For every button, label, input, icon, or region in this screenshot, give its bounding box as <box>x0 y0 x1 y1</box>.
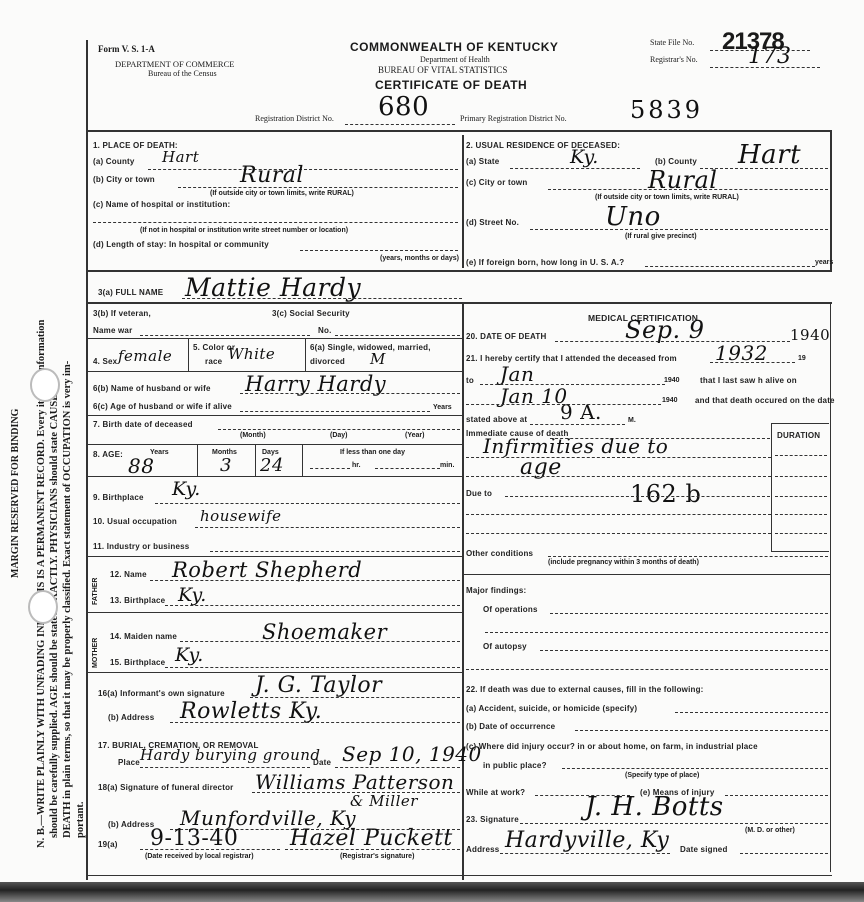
of-operations-label: Of operations <box>483 605 538 614</box>
of-autopsy-label: Of autopsy <box>483 642 527 651</box>
age-months-value: 3 <box>220 455 232 476</box>
attended-to-year: 1940 <box>664 377 680 384</box>
date-of-death-value: Sep. 9 <box>625 316 705 344</box>
residence-state-label: (a) State <box>466 157 499 166</box>
spouse-age-label: 6(c) Age of husband or wife if alive <box>93 402 232 411</box>
document-title-certificate: CERTIFICATE OF DEATH <box>375 78 527 92</box>
where-injury-label-2: in public place? <box>483 761 547 770</box>
death-county-label: (a) County <box>93 157 135 166</box>
external-causes-label: 22. If death was due to external causes,… <box>466 685 704 694</box>
length-of-stay-note: (years, months or days) <box>380 255 459 262</box>
major-findings-label: Major findings: <box>466 586 526 595</box>
marital-status-label-2: divorced <box>310 357 345 366</box>
burial-date-label: Date <box>313 758 331 767</box>
spouse-name-label: 6(b) Name of husband or wife <box>93 384 211 393</box>
primary-district-value: 5839 <box>630 96 703 124</box>
physician-signature-note: (M. D. or other) <box>745 827 795 834</box>
birthplace-value: Ky. <box>172 478 201 500</box>
death-city-label: (b) City or town <box>93 175 155 184</box>
mother-maiden-name-label: 14. Maiden name <box>110 632 177 641</box>
death-city-note: (If outside city or town limits, write R… <box>210 190 354 197</box>
registration-district-label: Registration District No. <box>255 114 334 123</box>
birth-month-label: (Month) <box>240 432 266 439</box>
death-city-value: Rural <box>240 163 304 188</box>
document-title-department: Department of Health <box>420 55 490 64</box>
sex-label: 4. Sex <box>93 357 117 366</box>
accident-label: (a) Accident, suicide, or homicide (spec… <box>466 704 637 713</box>
birthplace-label: 9. Birthplace <box>93 493 144 502</box>
department-name: DEPARTMENT OF COMMERCE <box>115 59 234 69</box>
hospital-note: (If not in hospital or institution write… <box>140 227 348 234</box>
bureau-name: Bureau of the Census <box>148 69 217 78</box>
occupation-label: 10. Usual occupation <box>93 517 177 526</box>
mother-birthplace-label: 15. Birthplace <box>110 658 165 667</box>
father-birthplace-value: Ky. <box>178 584 207 606</box>
funeral-director-label: 18(a) Signature of funeral director <box>98 783 233 792</box>
scan-bottom-edge <box>0 882 864 902</box>
age-days-value: 24 <box>260 455 284 476</box>
date-of-death-year: 1940 <box>790 326 830 344</box>
residence-street-note: (If rural give precinct) <box>625 233 697 240</box>
stated-above-value: 9 A. <box>560 400 602 424</box>
where-injury-label-1: (c) Where did injury occur? in or about … <box>466 742 758 751</box>
foreign-born-label: (e) If foreign born, how long in U. S. A… <box>466 258 624 267</box>
age-label: 8. AGE: <box>93 450 123 459</box>
birth-date-label: 7. Birth date of deceased <box>93 420 193 429</box>
physician-signature-label: 23. Signature <box>466 815 519 824</box>
burial-place-value: Hardy burying ground <box>140 746 321 764</box>
stated-above-suffix: M. <box>628 417 636 424</box>
due-to-value: 162 b <box>630 480 701 508</box>
residence-city-note: (If outside city or town limits, write R… <box>595 194 739 201</box>
funeral-director-value: Williams Patterson <box>255 770 454 794</box>
last-saw-year: 1940 <box>662 397 678 404</box>
industry-label: 11. Industry or business <box>93 542 189 551</box>
document-title-commonwealth: COMMONWEALTH OF KENTUCKY <box>350 40 558 54</box>
spouse-age-unit: Years <box>433 404 452 411</box>
full-name-label: 3(a) FULL NAME <box>98 288 163 297</box>
residence-county-label: (b) County <box>655 157 697 166</box>
foreign-born-unit: years <box>815 259 833 266</box>
duration-header: DURATION <box>777 431 820 440</box>
while-at-work-label: While at work? <box>466 788 525 797</box>
veteran-label: 3(b) If veteran, <box>93 309 151 318</box>
other-conditions-note: (include pregnancy within 3 months of de… <box>548 559 699 566</box>
funeral-director-extra: & Miller <box>350 792 418 810</box>
registrar-number-value: 173 <box>748 44 792 69</box>
residence-city-label: (c) City or town <box>466 178 527 187</box>
hours-label: hr. <box>352 462 361 469</box>
stated-above-label: stated above at <box>466 415 527 424</box>
residence-street-value: Uno <box>605 202 661 232</box>
physician-address-label: Address <box>466 845 499 854</box>
date-received-value: 9-13-40 <box>150 826 238 851</box>
informant-signature-label: 16(a) Informant's own signature <box>98 689 225 698</box>
father-name-label: 12. Name <box>110 570 147 579</box>
state-file-label: State File No. <box>650 38 694 47</box>
registrar-signature-value: Hazel Puckett <box>290 826 453 851</box>
father-side-label: FATHER <box>92 578 99 605</box>
margin-instructions-line4: portant. <box>75 802 86 838</box>
funeral-address-label: (b) Address <box>108 820 154 829</box>
father-name-value: Robert Shepherd <box>172 558 362 582</box>
date-of-occurrence-label: (b) Date of occurrence <box>466 722 555 731</box>
date-received-note: (Date received by local registrar) <box>145 853 254 860</box>
registrar-number-label: Registrar's No. <box>650 55 698 64</box>
binding-hole-top <box>30 368 60 402</box>
residence-state-value: Ky. <box>570 146 599 168</box>
social-security-no-label: No. <box>318 326 332 335</box>
attended-from-label: 21. I hereby certify that I attended the… <box>466 354 677 363</box>
form-number: Form V. S. 1-A <box>98 44 155 54</box>
residence-street-label: (d) Street No. <box>466 218 519 227</box>
date-of-death-label: 20. DATE OF DEATH <box>466 332 546 341</box>
minutes-label: min. <box>440 462 454 469</box>
registrar-signature-note: (Registrar's signature) <box>340 853 414 860</box>
physician-signature-value: J. H. Botts <box>585 792 724 822</box>
document-title-bureau: BUREAU OF VITAL STATISTICS <box>378 65 507 75</box>
last-saw-label: that I last saw h alive on <box>700 376 797 385</box>
primary-district-label: Primary Registration District No. <box>460 114 567 123</box>
birth-year-label: (Year) <box>405 432 424 439</box>
binding-hole-bottom <box>28 590 58 624</box>
social-security-label: 3(c) Social Security <box>272 309 350 318</box>
birth-day-label: (Day) <box>330 432 348 439</box>
residence-county-value: Hart <box>738 140 801 170</box>
informant-address-label: (b) Address <box>108 713 154 722</box>
father-birthplace-label: 13. Birthplace <box>110 596 165 605</box>
attended-from-suffix: 19 <box>798 355 806 362</box>
attended-to-value: Jan <box>500 362 534 386</box>
length-of-stay-label: (d) Length of stay: In hospital or commu… <box>93 240 269 249</box>
immediate-cause-value-1: Infirmities due to <box>483 434 668 458</box>
war-name-label: Name war <box>93 326 132 335</box>
burial-date-value: Sep 10, 1940 <box>342 742 482 766</box>
registration-district-value: 680 <box>378 92 429 122</box>
hospital-label: (c) Name of hospital or institution: <box>93 200 230 209</box>
due-to-label: Due to <box>466 489 492 498</box>
death-occurred-label: and that death occured on the date <box>695 396 835 405</box>
marital-status-value: M <box>370 350 386 368</box>
physician-address-value: Hardyville, Ky <box>505 828 669 853</box>
other-conditions-label: Other conditions <box>466 549 533 558</box>
informant-signature-value: J. G. Taylor <box>255 673 382 698</box>
color-race-label-2: race <box>205 357 222 366</box>
margin-instructions-line3: DEATH in plain terms, so that it may be … <box>62 361 73 838</box>
occupation-value: housewife <box>200 507 282 525</box>
margin-reserved-text: MARGIN RESERVED FOR BINDING <box>10 409 21 578</box>
mother-side-label: MOTHER <box>92 638 99 668</box>
age-years-value: 88 <box>128 454 154 478</box>
informant-address-value: Rowletts Ky. <box>180 699 322 724</box>
death-county-value: Hart <box>162 148 199 166</box>
where-injury-note: (Specify type of place) <box>625 772 699 779</box>
mother-birthplace-value: Ky. <box>175 644 204 666</box>
burial-place-label: Place <box>118 758 140 767</box>
date-signed-label: Date signed <box>680 845 728 854</box>
color-race-value: White <box>228 345 275 363</box>
date-received-label: 19(a) <box>98 840 118 849</box>
less-than-day-label: If less than one day <box>340 449 405 456</box>
sex-value: female <box>118 347 172 365</box>
attended-to-label: to <box>466 376 474 385</box>
